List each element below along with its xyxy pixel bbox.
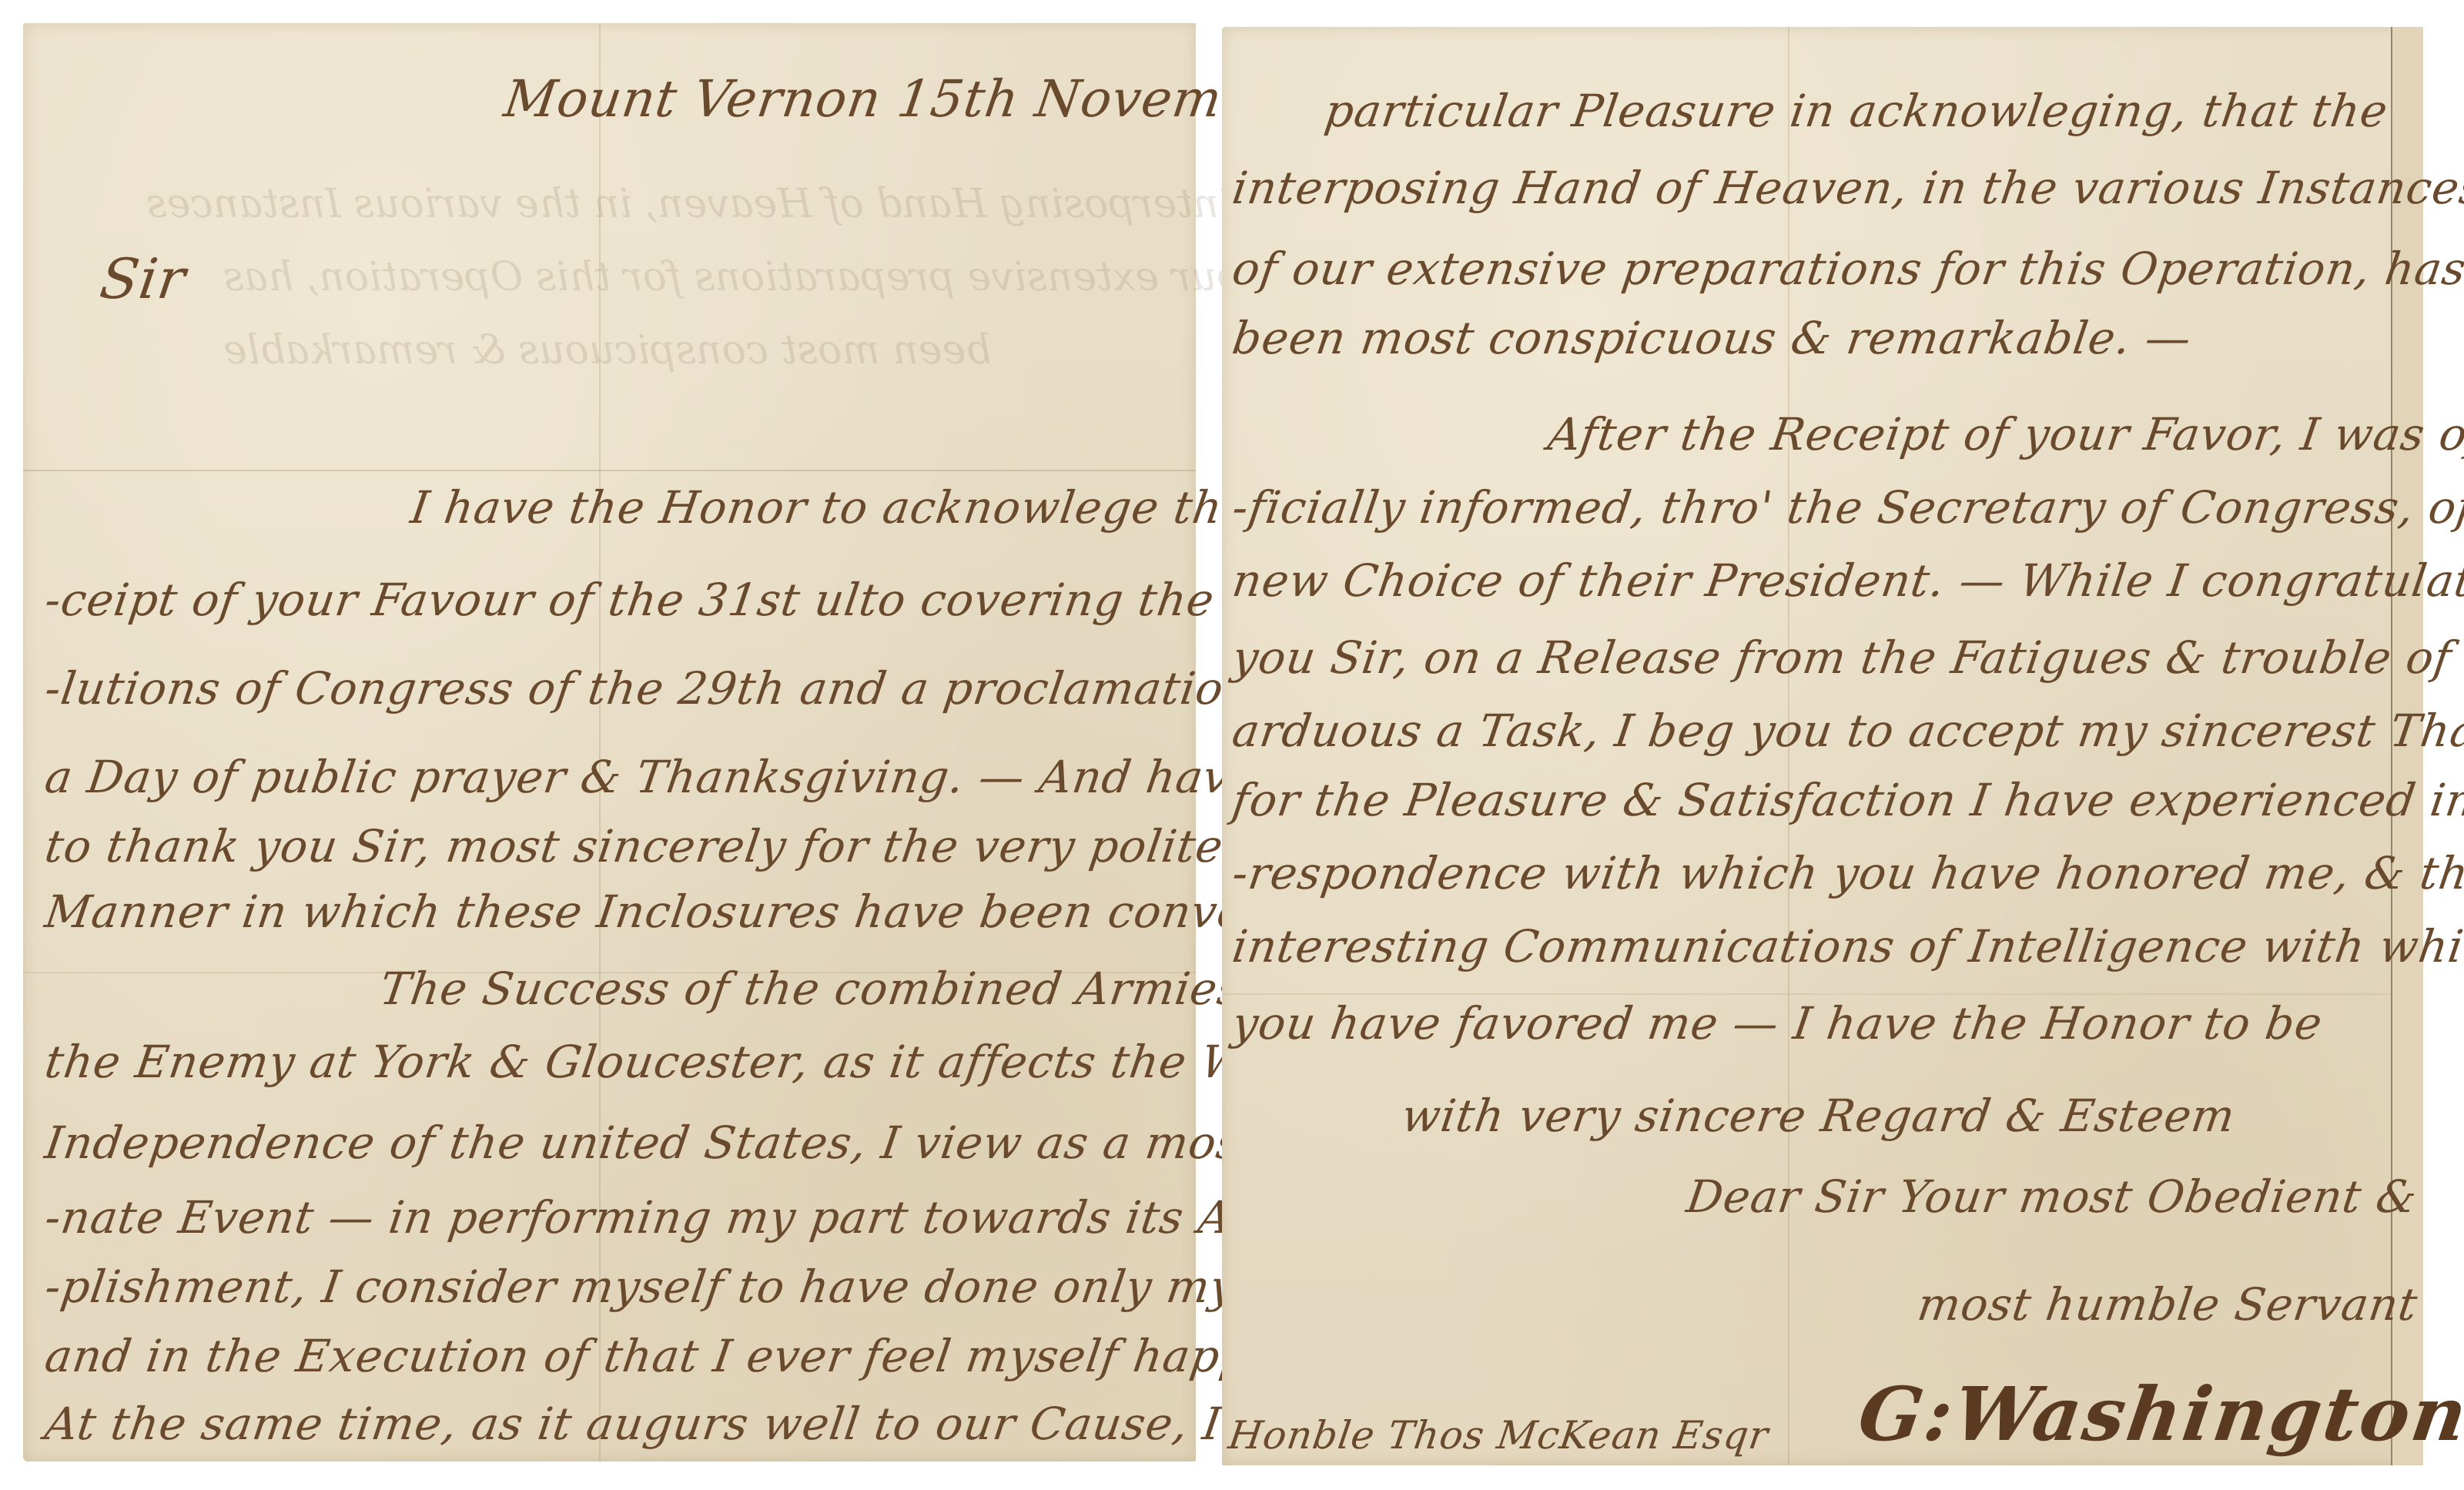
letter-addressee: Honble Thos McKean Esqr: [1226, 1413, 1772, 1458]
fold-line-horizontal: [23, 470, 1196, 471]
bleed-through-text: been most conspicuous & remarkable: [223, 327, 992, 373]
letter-line: particular Pleasure in acknowleging, tha…: [1322, 89, 2391, 133]
fold-line-horizontal: [1222, 993, 2423, 995]
signature: G:Washington: [1853, 1371, 2464, 1458]
letter-line: you have favored me — I have the Honor t…: [1230, 1001, 2325, 1046]
letter-line: -ceipt of your Favour of the 31st ulto c…: [42, 578, 1361, 622]
letter-line: been most conspicuous & remarkable. —: [1230, 316, 2194, 360]
letter-line: for the Pleasure & Satisfaction I have e…: [1230, 778, 2464, 822]
letter-line: new Choice of their President. — While I…: [1230, 558, 2464, 603]
letter-page-right: particular Pleasure in acknowleging, tha…: [1222, 27, 2423, 1465]
letter-line: and in the Execution of that I ever feel…: [42, 1334, 1347, 1378]
letter-line: -nate Event — in performing my part towa…: [42, 1195, 1358, 1240]
letter-line: interposing Hand of Heaven, in the vario…: [1230, 166, 2464, 210]
letter-line: -plishment, I consider myself to have do…: [42, 1264, 1381, 1309]
letter-line: After the Receipt of your Favor, I was o…: [1545, 412, 2464, 457]
letter-closing: Dear Sir Your most Obedient &: [1684, 1174, 2420, 1219]
letter-line: interesting Communications of Intelligen…: [1230, 924, 2464, 969]
letter-line: At the same time, as it augurs well to o…: [42, 1401, 1383, 1446]
letter-page-left: interposing Hand of Heaven, in the vario…: [23, 23, 1196, 1462]
letter-line: of our extensive preparations for this O…: [1230, 246, 2464, 291]
letter-line: -respondence with which you have honored…: [1230, 851, 2464, 896]
letter-closing: with very sincere Regard & Esteem: [1399, 1093, 2238, 1138]
letter-line: I have the Honor to acknowlege the Re:: [408, 485, 1345, 530]
letter-line: -lutions of Congress of the 29th and a p…: [42, 666, 1338, 711]
letter-salutation: Sir: [96, 246, 190, 311]
letter-closing: most humble Servant: [1915, 1282, 2421, 1327]
bleed-through-text: of our extensive preparations for this O…: [223, 254, 1292, 300]
fold-line-vertical: [599, 23, 601, 1462]
letter-line: Independence of the united States, I vie…: [42, 1120, 1408, 1165]
letter-line: Manner in which these Inclosures have be…: [42, 889, 1406, 934]
letter-line: you Sir, on a Release from the Fatigues …: [1230, 635, 2464, 680]
letter-line: a Day of public prayer & Thanksgiving. —…: [42, 755, 1260, 799]
letter-line: -ficially informed, thro' the Secretary …: [1230, 485, 2464, 530]
bleed-through-text: interposing Hand of Heaven, in the vario…: [146, 181, 1231, 227]
letter-line: arduous a Task, I beg you to accept my s…: [1230, 708, 2464, 753]
